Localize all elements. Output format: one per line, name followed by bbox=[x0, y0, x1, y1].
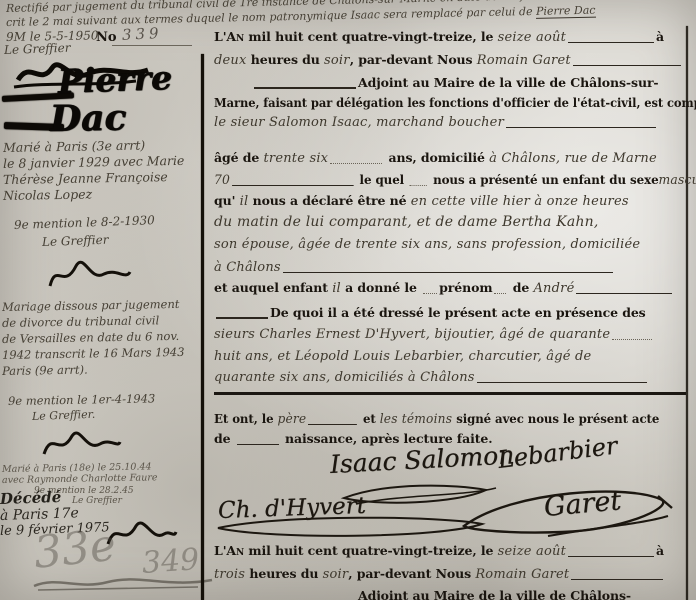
blank-line bbox=[237, 432, 279, 445]
father-age: trente six bbox=[264, 151, 329, 166]
greffier2-label: Le Greffier. bbox=[32, 408, 96, 423]
blank-line bbox=[573, 53, 681, 66]
act2-hour-printed: heures du bbox=[245, 566, 323, 581]
act1-donne-printed: a donné le bbox=[341, 280, 421, 295]
act1-domicilie-printed: ans, domicilié bbox=[384, 150, 489, 165]
margin-name-pierre: Pierre bbox=[57, 58, 172, 101]
act1-lequel-printed: le quel bbox=[356, 172, 409, 187]
act1-line-etont: Et ont, le père et les témoins signé ave… bbox=[214, 408, 659, 427]
blank-line bbox=[612, 327, 652, 340]
blank-line bbox=[410, 173, 427, 186]
act1-temoins-hand: les témoins bbox=[380, 412, 453, 427]
blank-line bbox=[506, 115, 656, 128]
act2-year-printed: mil huit cent quatre-vingt-treize, le bbox=[244, 543, 497, 558]
act1-a: à bbox=[656, 29, 664, 44]
blank-line bbox=[330, 151, 382, 164]
greffier2-signature-scribble bbox=[34, 424, 124, 464]
act1-line-witness1: sieurs Charles Ernest D'Hyvert, bijoutie… bbox=[214, 323, 654, 342]
act1-line-mother: du matin de lui comparant, et de dame Be… bbox=[214, 211, 599, 230]
officer-signature-flourish bbox=[452, 478, 682, 540]
act1-date-hand: seize août bbox=[498, 30, 566, 45]
act1-line-witness3: quarante six ans, domiciliés à Châlons bbox=[214, 366, 649, 385]
act-number-underline bbox=[112, 45, 192, 46]
act1-enfant-printed: nous a présenté un enfant du sexe bbox=[429, 172, 658, 187]
marriage1-line4: Nicolas Lopez bbox=[3, 186, 92, 203]
act1-dequoi-printed: De quoi il a été dressé le présent acte … bbox=[270, 305, 646, 320]
child-sex: masculin bbox=[659, 173, 696, 188]
right-border-rule bbox=[686, 26, 688, 600]
blank-line bbox=[571, 567, 663, 580]
blank-line bbox=[494, 281, 506, 294]
act2-line-adjoint: Adjoint au Maire de la ville de Châlons- bbox=[214, 585, 631, 600]
act1-hour-printed: heures du bbox=[247, 52, 325, 67]
marriage2-line4: Le Greffier bbox=[72, 496, 122, 506]
divorce-line3: de Versailles en date du 6 nov. bbox=[2, 329, 179, 346]
divorce-line2: de divorce du tribunal civil bbox=[2, 313, 159, 330]
act1-year-printed: mil huit cent quatre-vingt-treize, le bbox=[244, 29, 497, 44]
rectified-name: Pierre Dac bbox=[536, 4, 596, 19]
blank-line bbox=[254, 588, 356, 600]
act1-line-year: L'An mil huit cent quatre-vingt-treize, … bbox=[214, 26, 664, 45]
act2-pardevant: , par-devant Nous bbox=[348, 566, 475, 581]
act1-line-declarant: le sieur Salomon Isaac, marchand boucher bbox=[214, 111, 658, 130]
witness1-details: sieurs Charles Ernest D'Hyvert, bijoutie… bbox=[214, 327, 610, 342]
act1-line-mother2: son épouse, âgée de trente six ans, sans… bbox=[214, 233, 640, 252]
signature-witness-lebarbier: Lebarbier bbox=[496, 431, 619, 473]
blank-line bbox=[576, 281, 672, 294]
act1-signe-printed: signé avec nous le présent acte bbox=[452, 411, 659, 426]
faint-scrawl-a: 33e bbox=[31, 520, 118, 579]
blank-line bbox=[477, 370, 647, 383]
act1-line-declare: qu' il nous a déclaré être né en cette v… bbox=[214, 190, 629, 209]
act1-pere-hand: père bbox=[277, 412, 306, 427]
blank-line bbox=[423, 281, 437, 294]
divorce-line5: Paris (9e arrt). bbox=[2, 363, 88, 378]
act1-line-delegation: Marne, faisant par délégation les foncti… bbox=[214, 92, 696, 111]
birth-certificate-scan: Rectifié par jugement du tribunal civil … bbox=[0, 0, 696, 600]
dhyvert-signature-flourish bbox=[212, 516, 492, 542]
act2-lan: L'An bbox=[214, 543, 244, 558]
marriage1-line2: le 8 janvier 1929 avec Marie bbox=[3, 153, 185, 171]
birth-place-time: en cette ville hier à onze heures bbox=[411, 194, 629, 209]
blank-line bbox=[568, 544, 654, 557]
act2-adjoint-printed: Adjoint au Maire de la ville de Châlons- bbox=[358, 588, 631, 600]
act1-auquel-printed: et auquel enfant bbox=[214, 280, 332, 295]
act1-delegation-printed: Marne, faisant par délégation les foncti… bbox=[214, 95, 696, 110]
act1-line-hour: deux heures du soir, par-devant Nous Rom… bbox=[214, 49, 683, 68]
marriage2-line2: avec Raymonde Charlotte Faure bbox=[2, 472, 158, 486]
bottom-margin-scribble bbox=[28, 572, 218, 594]
mother-domicile: à Châlons bbox=[214, 260, 281, 275]
act1-de2-printed: de bbox=[214, 431, 235, 446]
deces-line1: Décédé bbox=[0, 488, 62, 508]
blank-line bbox=[283, 260, 613, 273]
blank-line bbox=[216, 305, 268, 319]
act-number-value: 339 bbox=[122, 24, 164, 44]
mother-name: du matin de lui comparant, et de dame Be… bbox=[214, 214, 599, 230]
act1-ne-printed: nous a déclaré être né bbox=[248, 193, 410, 208]
act1-prenom-printed: prénom bbox=[439, 280, 492, 295]
act1-de-printed: de bbox=[508, 280, 533, 295]
act2-officer-name: Romain Garet bbox=[475, 567, 569, 582]
mother-details: son épouse, âgée de trente six ans, sans… bbox=[214, 237, 640, 252]
mention2: 9e mention le 1er-4-1943 bbox=[8, 391, 156, 408]
marriage1-line3: Thérèse Jeanne Françoise bbox=[3, 169, 168, 187]
act1-soir-hand: soir bbox=[324, 53, 350, 68]
act1-line-witness2: huit ans, et Léopold Louis Lebarbier, ch… bbox=[214, 345, 591, 364]
act2-line-year: L'An mil huit cent quatre-vingt-treize, … bbox=[214, 540, 664, 559]
divorce-line4: 1942 transcrit le 16 Mars 1943 bbox=[2, 345, 185, 362]
act1-hour-hand: deux bbox=[214, 53, 247, 68]
blank-line bbox=[568, 30, 654, 43]
section-rule bbox=[214, 392, 686, 395]
divorce-line1: Mariage dissous par jugement bbox=[2, 297, 180, 314]
act-number-label: No bbox=[96, 30, 117, 45]
act1-line-age: âgé de trente six ans, domicilié à Châlo… bbox=[214, 147, 657, 166]
greffier1-signature-scribble bbox=[36, 252, 136, 296]
father-name-and-trade: le sieur Salomon Isaac, marchand boucher bbox=[214, 115, 504, 130]
act1-et-printed: et bbox=[359, 411, 380, 426]
greffier1-label: Le Greffier bbox=[42, 233, 109, 249]
act1-line-adjoint: Adjoint au Maire de la ville de Châlons-… bbox=[214, 72, 659, 91]
column-divider-rule bbox=[201, 54, 204, 600]
blank-line bbox=[308, 412, 357, 425]
act1-pardevant: , par-devant Nous bbox=[350, 52, 477, 67]
act1-line-presente: 70 le quel nous a présenté un enfant du … bbox=[214, 169, 696, 188]
witness2-details: huit ans, et Léopold Louis Lebarbier, ch… bbox=[214, 349, 591, 364]
blank-line bbox=[232, 173, 354, 186]
blank-line bbox=[254, 75, 356, 89]
act1-age-printed: âgé de bbox=[214, 150, 264, 165]
act1-qu-printed: qu' bbox=[214, 193, 240, 208]
act1-line-dequoi: De quoi il a été dressé le présent acte … bbox=[214, 302, 646, 321]
act1-il2-hand: il bbox=[332, 281, 341, 296]
act2-soir-hand: soir bbox=[323, 567, 349, 582]
act2-hour-hand: trois bbox=[214, 567, 245, 582]
witnesses-domicile: quarante six ans, domiciliés à Châlons bbox=[214, 370, 475, 385]
act2-date-hand: seize août bbox=[498, 544, 566, 559]
act1-etont-printed: Et ont, le bbox=[214, 411, 277, 426]
act1-line-mother3: à Châlons bbox=[214, 256, 615, 275]
margin-name-dac: Dac bbox=[50, 97, 127, 140]
father-address: à Châlons, rue de Marne bbox=[489, 151, 657, 166]
act1-officer-name: Romain Garet bbox=[477, 53, 571, 68]
child-first-name: André bbox=[533, 281, 574, 296]
act1-lan: L'An bbox=[214, 29, 244, 44]
act1-line-prenom: et auquel enfant il a donné le prénom de… bbox=[214, 277, 674, 296]
act1-adjoint-printed: Adjoint au Maire de la ville de Châlons-… bbox=[358, 75, 659, 90]
address-number: 70 bbox=[214, 173, 230, 188]
act2-line-hour: trois heures du soir, par-devant Nous Ro… bbox=[214, 563, 665, 582]
act2-a: à bbox=[656, 543, 664, 558]
mention1: 9e mention le 8-2-1930 bbox=[14, 213, 155, 232]
marriage1-line1: Marié à Paris (3e arrt) bbox=[3, 138, 145, 155]
